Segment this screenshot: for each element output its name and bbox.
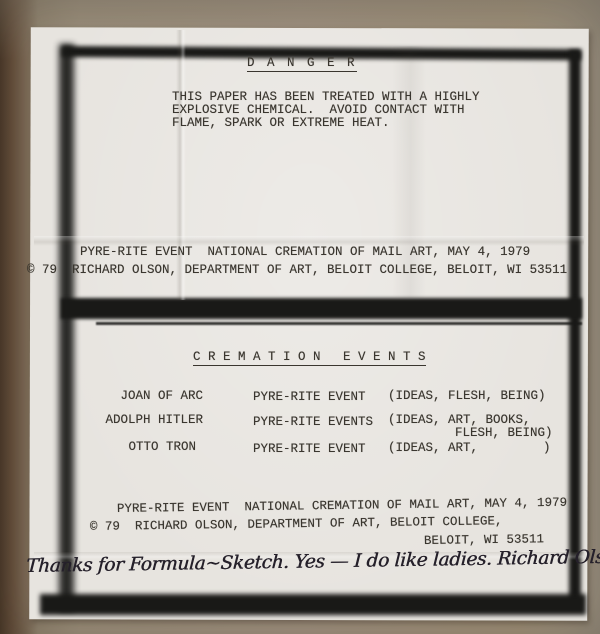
copyright-line-bottom-2: BELOIT, WI 53511 — [424, 533, 544, 548]
danger-heading: D A N G E R — [247, 57, 357, 72]
lower-frame-top-edge — [96, 322, 582, 325]
photocopy-border-bottom — [40, 594, 586, 615]
closing-paren: ) — [543, 442, 551, 455]
table-row-items: (IDEAS, FLESH, BEING) — [388, 390, 546, 403]
danger-body-line3: FLAME, SPARK OR EXTREME HEAT. — [172, 117, 390, 130]
section-divider-band — [61, 298, 582, 319]
table-row-items-wrap: FLESH, BEING) — [455, 427, 553, 440]
photograph-of-mail-art: D A N G E R THIS PAPER HAS BEEN TREATED … — [0, 0, 600, 634]
cremation-events-heading: C R E M A T I O N E V E N T S — [193, 351, 426, 366]
table-row-name: OTTO TRON — [92, 441, 196, 454]
photocopy-border-right — [569, 50, 581, 608]
table-row-event: PYRE-RITE EVENTS — [253, 416, 373, 429]
event-line-top: PYRE-RITE EVENT NATIONAL CREMATION OF MA… — [80, 246, 530, 259]
table-row-name: ADOLPH HITLER — [99, 414, 203, 427]
photocopy-border-left — [59, 44, 74, 610]
table-row-event: PYRE-RITE EVENT — [253, 391, 366, 404]
table-row-event: PYRE-RITE EVENT — [253, 443, 366, 456]
table-row-name: JOAN OF ARC — [99, 390, 203, 403]
table-row-items: (IDEAS, ART, — [388, 442, 478, 455]
copyright-line-top: © 79 RICHARD OLSON, DEPARTMENT OF ART, B… — [27, 264, 567, 277]
